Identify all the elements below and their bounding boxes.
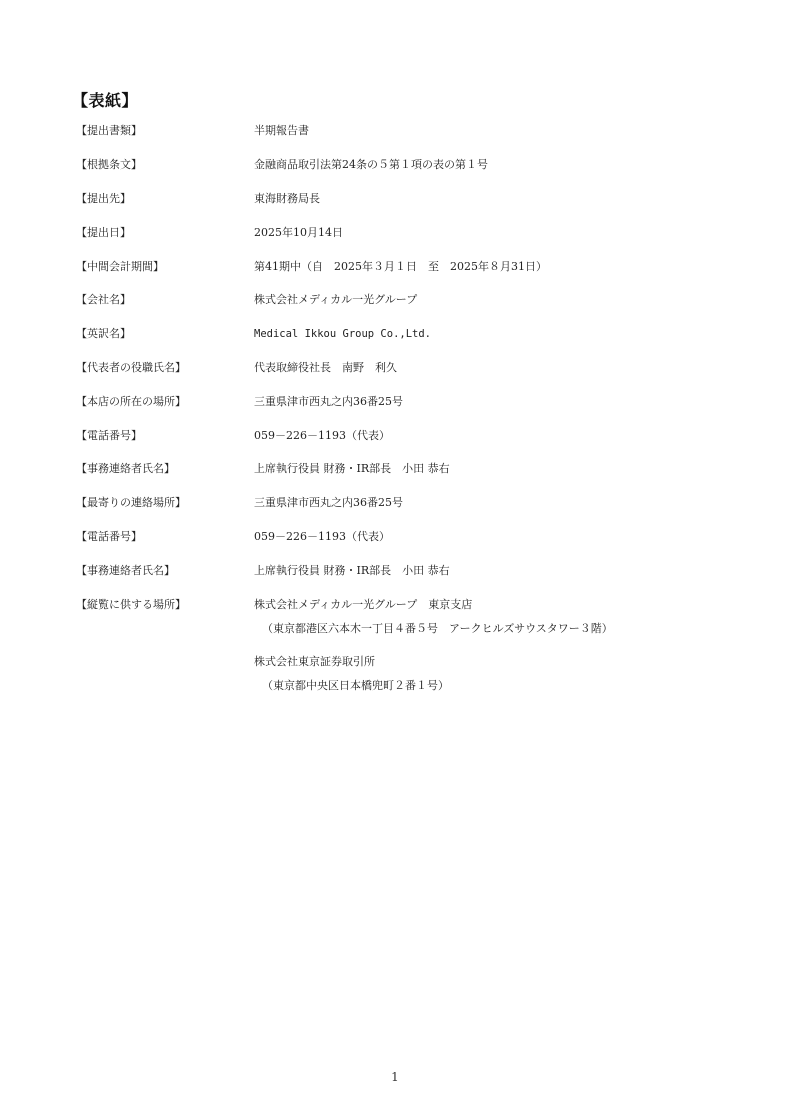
- field-value: 上席執行役員 財務・IR部長 小田 恭右: [254, 462, 450, 476]
- field-row-nearest-contact-place: 【最寄りの連絡場所】 三重県津市西丸之内36番25号: [0, 496, 790, 512]
- field-value: 三重県津市西丸之内36番25号: [254, 496, 403, 510]
- field-label: 【電話番号】: [76, 429, 142, 443]
- field-row-phone-2: 【電話番号】 059－226－1193（代表）: [0, 530, 790, 546]
- field-row-phone: 【電話番号】 059－226－1193（代表）: [0, 429, 790, 445]
- field-value: 2025年10月14日: [254, 226, 343, 240]
- field-value: 代表取締役社長 南野 利久: [254, 361, 397, 375]
- field-value: 上席執行役員 財務・IR部長 小田 恭右: [254, 564, 450, 578]
- field-label: 【中間会計期間】: [76, 260, 164, 274]
- field-value: 東海財務局長: [254, 192, 320, 206]
- field-row-inspection-place: 【縦覧に供する場所】 株式会社メディカル一光グループ 東京支店: [0, 598, 790, 614]
- field-label: 【事務連絡者氏名】: [76, 564, 175, 578]
- field-label: 【代表者の役職氏名】: [76, 361, 186, 375]
- inspection-place-address: （東京都港区六本木一丁目４番５号 アークヒルズサウスタワー３階）: [262, 622, 613, 636]
- field-row-contact-person: 【事務連絡者氏名】 上席執行役員 財務・IR部長 小田 恭右: [0, 462, 790, 478]
- page-number: 1: [0, 1070, 790, 1084]
- field-label: 【提出日】: [76, 226, 131, 240]
- field-value: 株式会社メディカル一光グループ: [254, 293, 417, 307]
- field-value: 059－226－1193（代表）: [254, 429, 390, 443]
- inspection-place-exchange: 株式会社東京証券取引所: [254, 655, 375, 669]
- field-value: 半期報告書: [254, 124, 309, 138]
- inspection-place-exchange-address: （東京都中央区日本橋兜町２番１号）: [262, 679, 449, 693]
- field-value: 三重県津市西丸之内36番25号: [254, 395, 403, 409]
- field-label: 【会社名】: [76, 293, 131, 307]
- field-label: 【縦覧に供する場所】: [76, 598, 186, 612]
- field-label: 【英訳名】: [76, 327, 131, 341]
- field-label: 【電話番号】: [76, 530, 142, 544]
- field-value: 059－226－1193（代表）: [254, 530, 390, 544]
- field-row-document-type: 【提出書類】 半期報告書: [0, 124, 790, 140]
- document-title: 【表紙】: [72, 88, 138, 111]
- field-row-head-office: 【本店の所在の場所】 三重県津市西丸之内36番25号: [0, 395, 790, 411]
- field-label: 【提出書類】: [76, 124, 142, 138]
- field-label: 【根拠条文】: [76, 158, 142, 172]
- field-row-english-name: 【英訳名】 Medical Ikkou Group Co.,Ltd.: [0, 327, 790, 343]
- field-value: 第41期中（自 2025年３月１日 至 2025年８月31日）: [254, 260, 547, 274]
- field-row-contact-person-2: 【事務連絡者氏名】 上席執行役員 財務・IR部長 小田 恭右: [0, 564, 790, 580]
- field-row-company-name: 【会社名】 株式会社メディカル一光グループ: [0, 293, 790, 309]
- field-row-submission-date: 【提出日】 2025年10月14日: [0, 226, 790, 242]
- field-row-legal-basis: 【根拠条文】 金融商品取引法第24条の５第１項の表の第１号: [0, 158, 790, 174]
- field-value: Medical Ikkou Group Co.,Ltd.: [254, 327, 431, 341]
- field-value: 株式会社メディカル一光グループ 東京支店: [254, 598, 472, 612]
- field-label: 【事務連絡者氏名】: [76, 462, 175, 476]
- field-row-submitted-to: 【提出先】 東海財務局長: [0, 192, 790, 208]
- field-label: 【提出先】: [76, 192, 131, 206]
- field-label: 【最寄りの連絡場所】: [76, 496, 186, 510]
- field-row-representative: 【代表者の役職氏名】 代表取締役社長 南野 利久: [0, 361, 790, 377]
- field-label: 【本店の所在の場所】: [76, 395, 186, 409]
- field-value: 金融商品取引法第24条の５第１項の表の第１号: [254, 158, 488, 172]
- field-row-interim-period: 【中間会計期間】 第41期中（自 2025年３月１日 至 2025年８月31日）: [0, 260, 790, 276]
